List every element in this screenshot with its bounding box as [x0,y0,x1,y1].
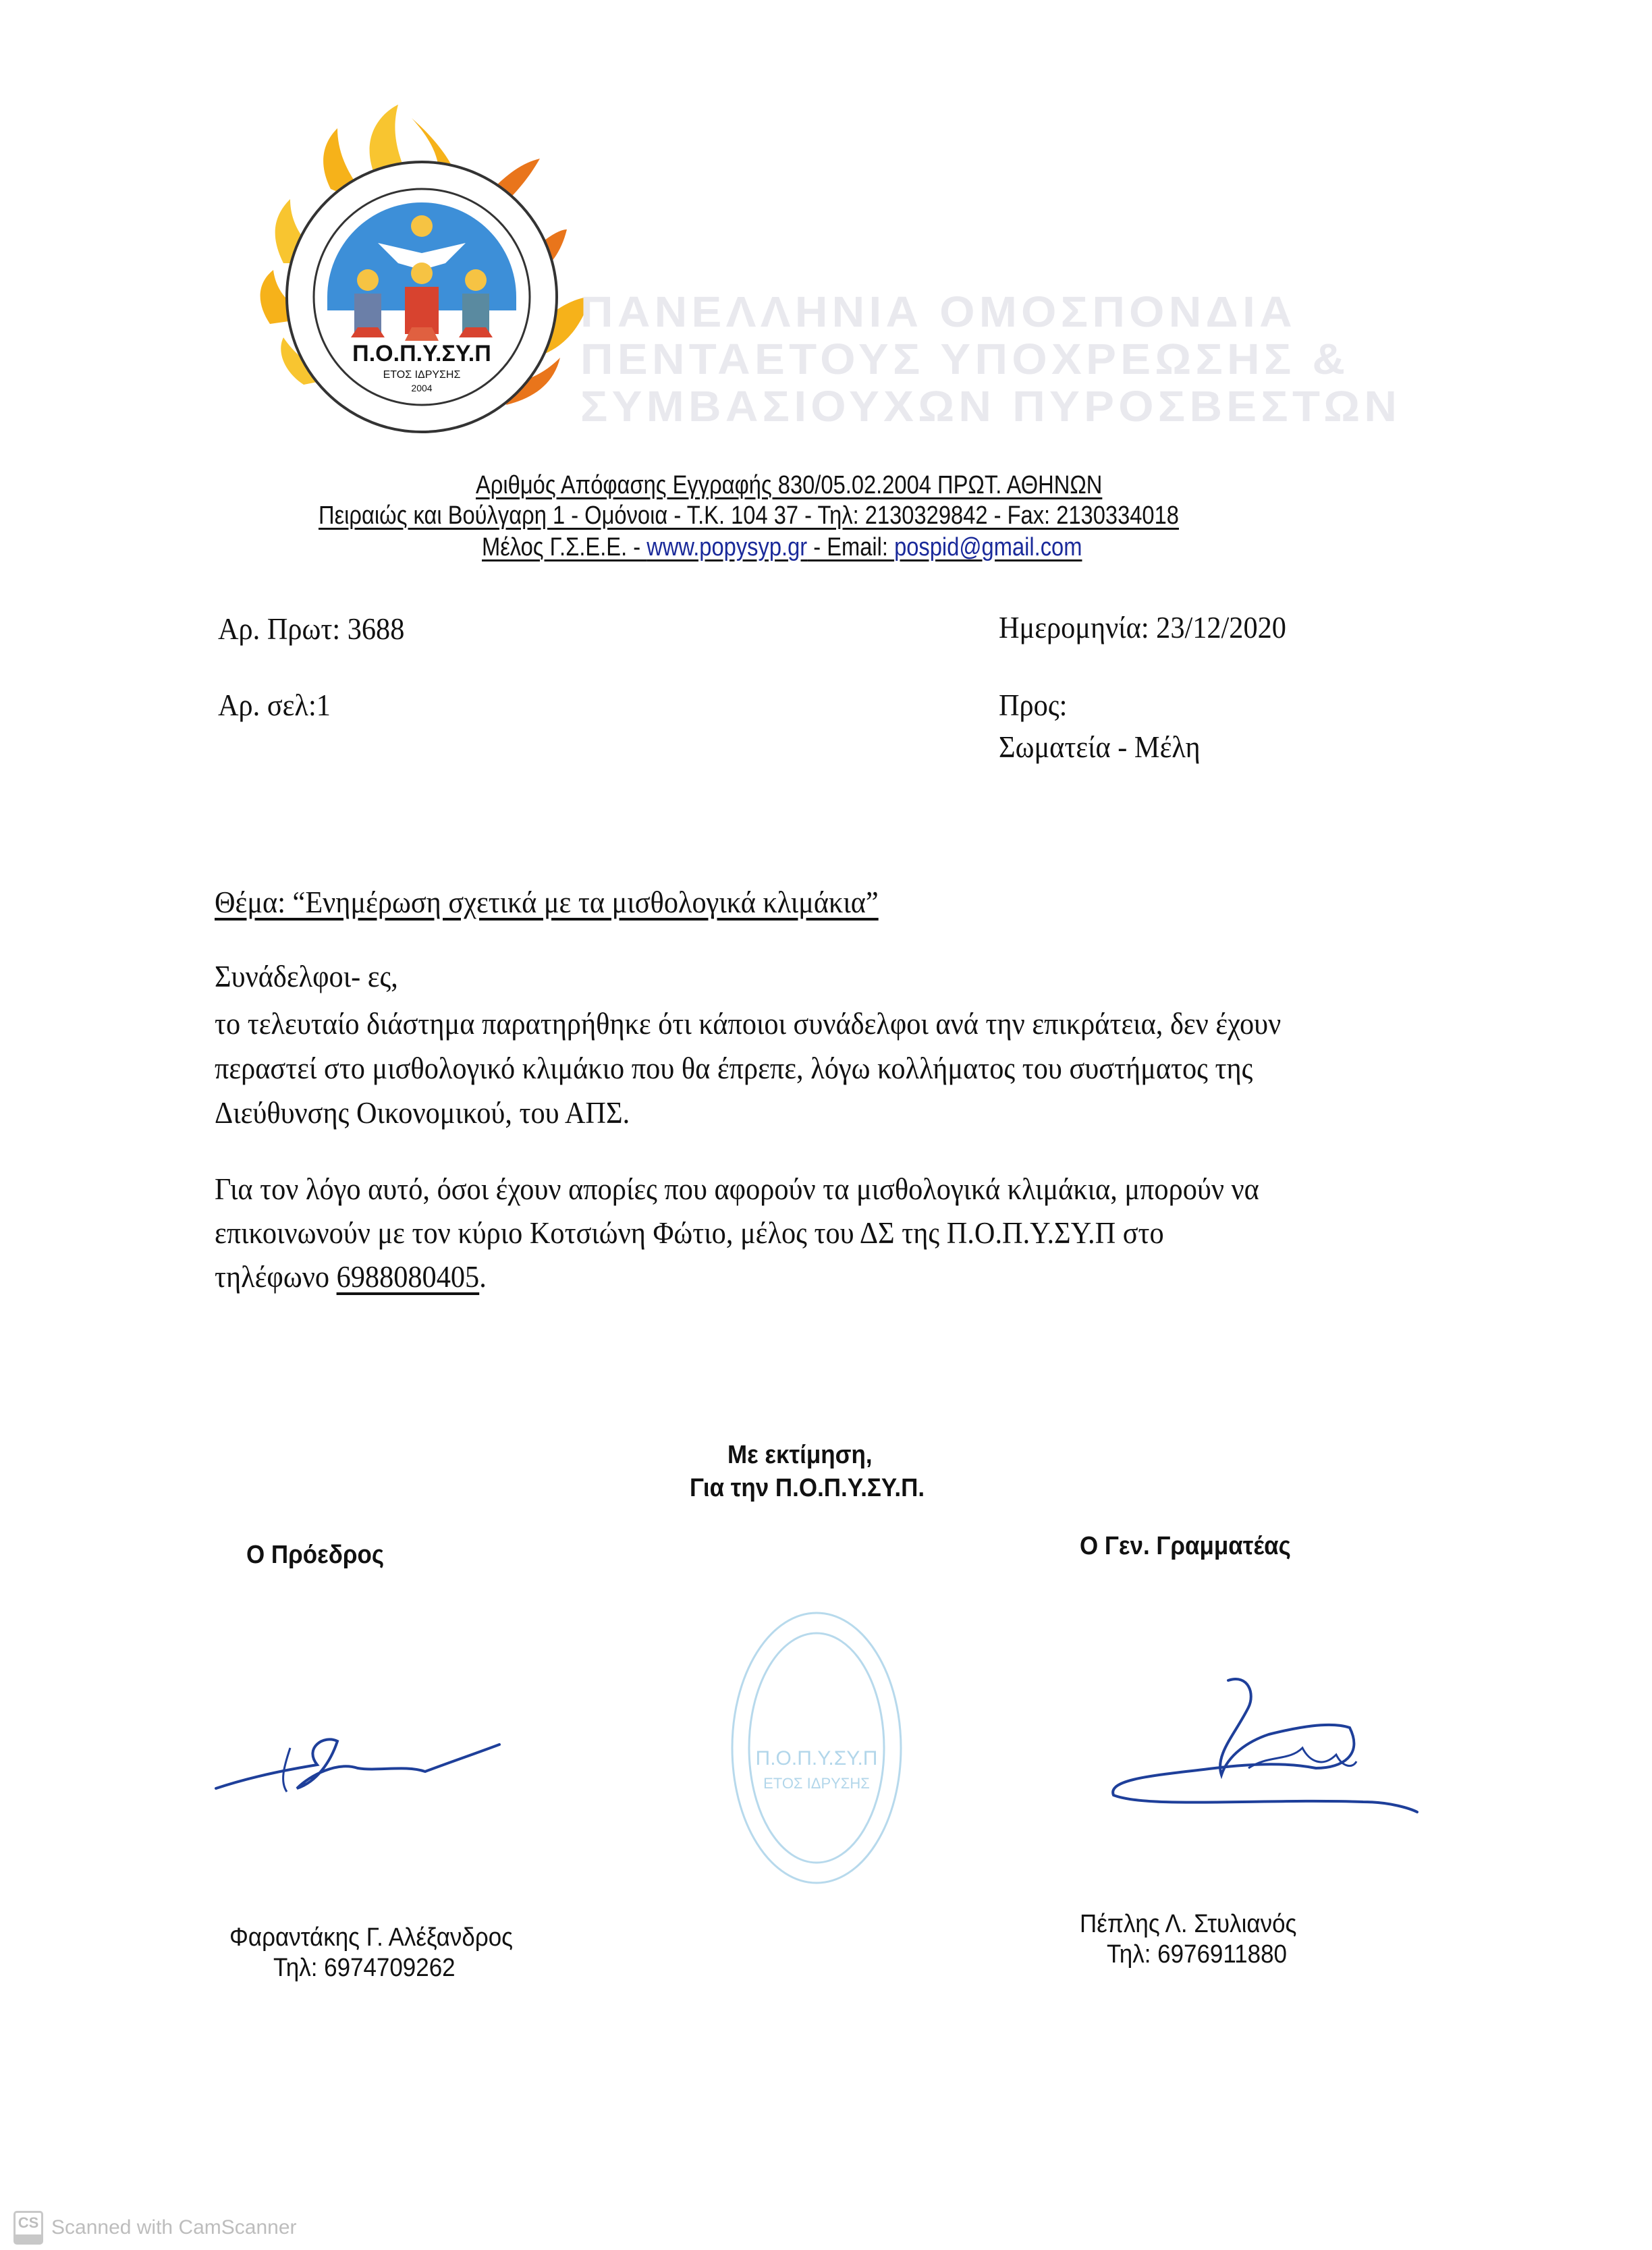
email-link[interactable]: pospid@gmail.com [894,533,1082,561]
camscanner-text: Scanned with CamScanner [51,2216,297,2239]
membership-text: Μέλος Γ.Σ.Ε.Ε. - [482,533,646,561]
president-name: Φαραντάκης Γ. Αλέξανδρος [229,1923,513,1952]
phone-prefix: τηλέφωνο [215,1259,337,1294]
signature-icon [1113,1679,1417,1812]
secretary-title: Ο Γεν. Γραμματέας [1080,1532,1291,1561]
signature-icon [216,1739,499,1788]
secretary-name: Πέπλης Λ. Στυλιανός [1080,1910,1296,1939]
org-name-line-2: ΠΕΝΤΑΕΤΟΥΣ ΥΠΟΧΡΕΩΣΗΣ & [580,336,1349,382]
secretary-signature [1093,1667,1444,1815]
president-signature [202,1707,526,1815]
page-count: Αρ. σελ:1 [218,687,331,723]
svg-text:ΕΤΟΣ ΙΔΡΥΣΗΣ: ΕΤΟΣ ΙΔΡΥΣΗΣ [383,369,461,381]
subject-line: Θέμα: “Ενημέρωση σχετικά με τα μισθολογι… [215,884,879,920]
protocol-number: Αρ. Πρωτ: 3688 [218,611,404,647]
org-name-line-3: ΣΥΜΒΑΣΙΟΥΧΩΝ ΠΥΡΟΣΒΕΣΤΩΝ [580,383,1401,429]
address-line: Πειραιώς και Βούλγαρη 1 - Ομόνοια - Τ.Κ.… [319,501,1179,530]
closing-line-2: Για την Π.Ο.Π.Υ.ΣΥ.Π. [690,1474,925,1503]
org-name-line-1: ΠΑΝΕΛΛΗΝΙΑ ΟΜΟΣΠΟΝΔΙΑ [580,289,1296,335]
paragraph-2-line-3: τηλέφωνο 6988080405. [215,1259,487,1294]
paragraph-1-line-2: περαστεί στο μισθολογικό κλιμάκιο που θα… [215,1050,1252,1086]
greeting: Συνάδελφοι- ες, [215,958,398,994]
recipient-value: Σωματεία - Μέλη [999,729,1201,765]
organization-logo: Π.Ο.Π.Υ.ΣΥ.Π ΕΤΟΣ ΙΔΡΥΣΗΣ 2004 [243,101,607,439]
paragraph-2-line-2: επικοινωνούν με τον κύριο Κοτσιώνη Φώτιο… [215,1215,1164,1251]
contact-line: Μέλος Γ.Σ.Ε.Ε. - www.popysyp.gr - Email:… [482,533,1082,562]
phone-suffix: . [479,1259,487,1294]
closing-line-1: Με εκτίμηση, [727,1441,873,1470]
president-title: Ο Πρόεδρος [246,1541,384,1570]
camscanner-watermark: CS Scanned with CamScanner [13,2211,297,2245]
email-label: - Email: [807,533,894,561]
contact-phone[interactable]: 6988080405 [337,1259,480,1294]
official-stamp: Π.Ο.Π.Υ.ΣΥ.Π ΕΤΟΣ ΙΔΡΥΣΗΣ [648,1599,985,1896]
president-phone: Τηλ: 6974709262 [273,1954,456,1983]
paragraph-1-line-1: το τελευταίο διάστημα παρατηρήθηκε ότι κ… [215,1006,1281,1041]
svg-text:ΕΤΟΣ ΙΔΡΥΣΗΣ: ΕΤΟΣ ΙΔΡΥΣΗΣ [763,1775,870,1792]
svg-text:2004: 2004 [411,383,432,393]
flame-emblem-icon: Π.Ο.Π.Υ.ΣΥ.Π ΕΤΟΣ ΙΔΡΥΣΗΣ 2004 [260,105,590,432]
camscanner-logo-icon: CS [13,2211,43,2245]
paragraph-1-line-3: Διεύθυνσης Οικονομικού, του ΑΠΣ. [215,1095,630,1130]
svg-text:Π.Ο.Π.Υ.ΣΥ.Π: Π.Ο.Π.Υ.ΣΥ.Π [756,1747,878,1769]
registration-line: Αριθμός Απόφασης Εγγραφής 830/05.02.2004… [476,471,1102,500]
website-link[interactable]: www.popysyp.gr [646,533,807,561]
paragraph-2-line-1: Για τον λόγο αυτό, όσοι έχουν απορίες πο… [215,1171,1259,1207]
recipient-label: Προς: [999,687,1067,723]
svg-text:Π.Ο.Π.Υ.ΣΥ.Π: Π.Ο.Π.Υ.ΣΥ.Π [352,341,491,366]
secretary-phone: Τηλ: 6976911880 [1107,1940,1287,1969]
document-date: Ημερομηνία: 23/12/2020 [999,609,1286,645]
